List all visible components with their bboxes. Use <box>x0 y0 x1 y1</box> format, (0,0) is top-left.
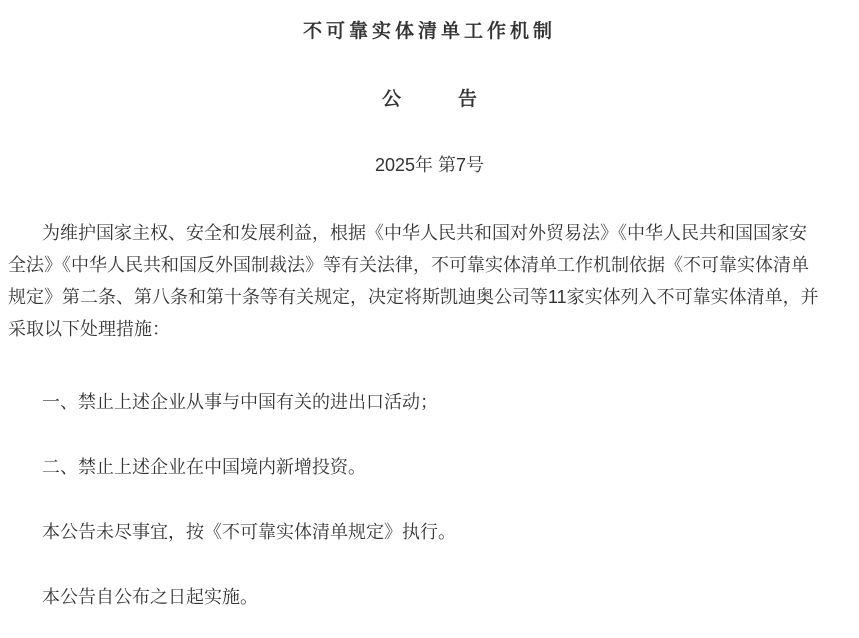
issue-number: 2025年 第7号 <box>8 149 851 181</box>
intro-line-1: 为维护国家主权、安全和发展利益，根据《中华人民共和国对外贸易法》《中华人民共和国… <box>8 217 851 249</box>
intro-line-4: 采取以下处理措施： <box>8 313 851 345</box>
closing-remark: 本公告未尽事宜，按《不可靠实体清单规定》执行。 <box>8 516 851 548</box>
announcement-document: 不可靠实体清单工作机制 公 告 2025年 第7号 为维护国家主权、安全和发展利… <box>0 0 859 613</box>
effective-date-note: 本公告自公布之日起实施。 <box>8 581 851 613</box>
intro-line-3: 规定》第二条、第八条和第十条等有关规定，决定将斯凯迪奥公司等11家实体列入不可靠… <box>8 281 851 313</box>
measure-item-1: 一、禁止上述企业从事与中国有关的进出口活动； <box>8 386 851 418</box>
measure-item-2: 二、禁止上述企业在中国境内新增投资。 <box>8 451 851 483</box>
intro-paragraph: 为维护国家主权、安全和发展利益，根据《中华人民共和国对外贸易法》《中华人民共和国… <box>8 217 851 345</box>
intro-line-2: 全法》《中华人民共和国反外国制裁法》等有关法律，不可靠实体清单工作机制依据《不可… <box>8 249 851 281</box>
document-title: 不可靠实体清单工作机制 <box>8 16 851 48</box>
announcement-heading: 公 告 <box>8 84 851 116</box>
